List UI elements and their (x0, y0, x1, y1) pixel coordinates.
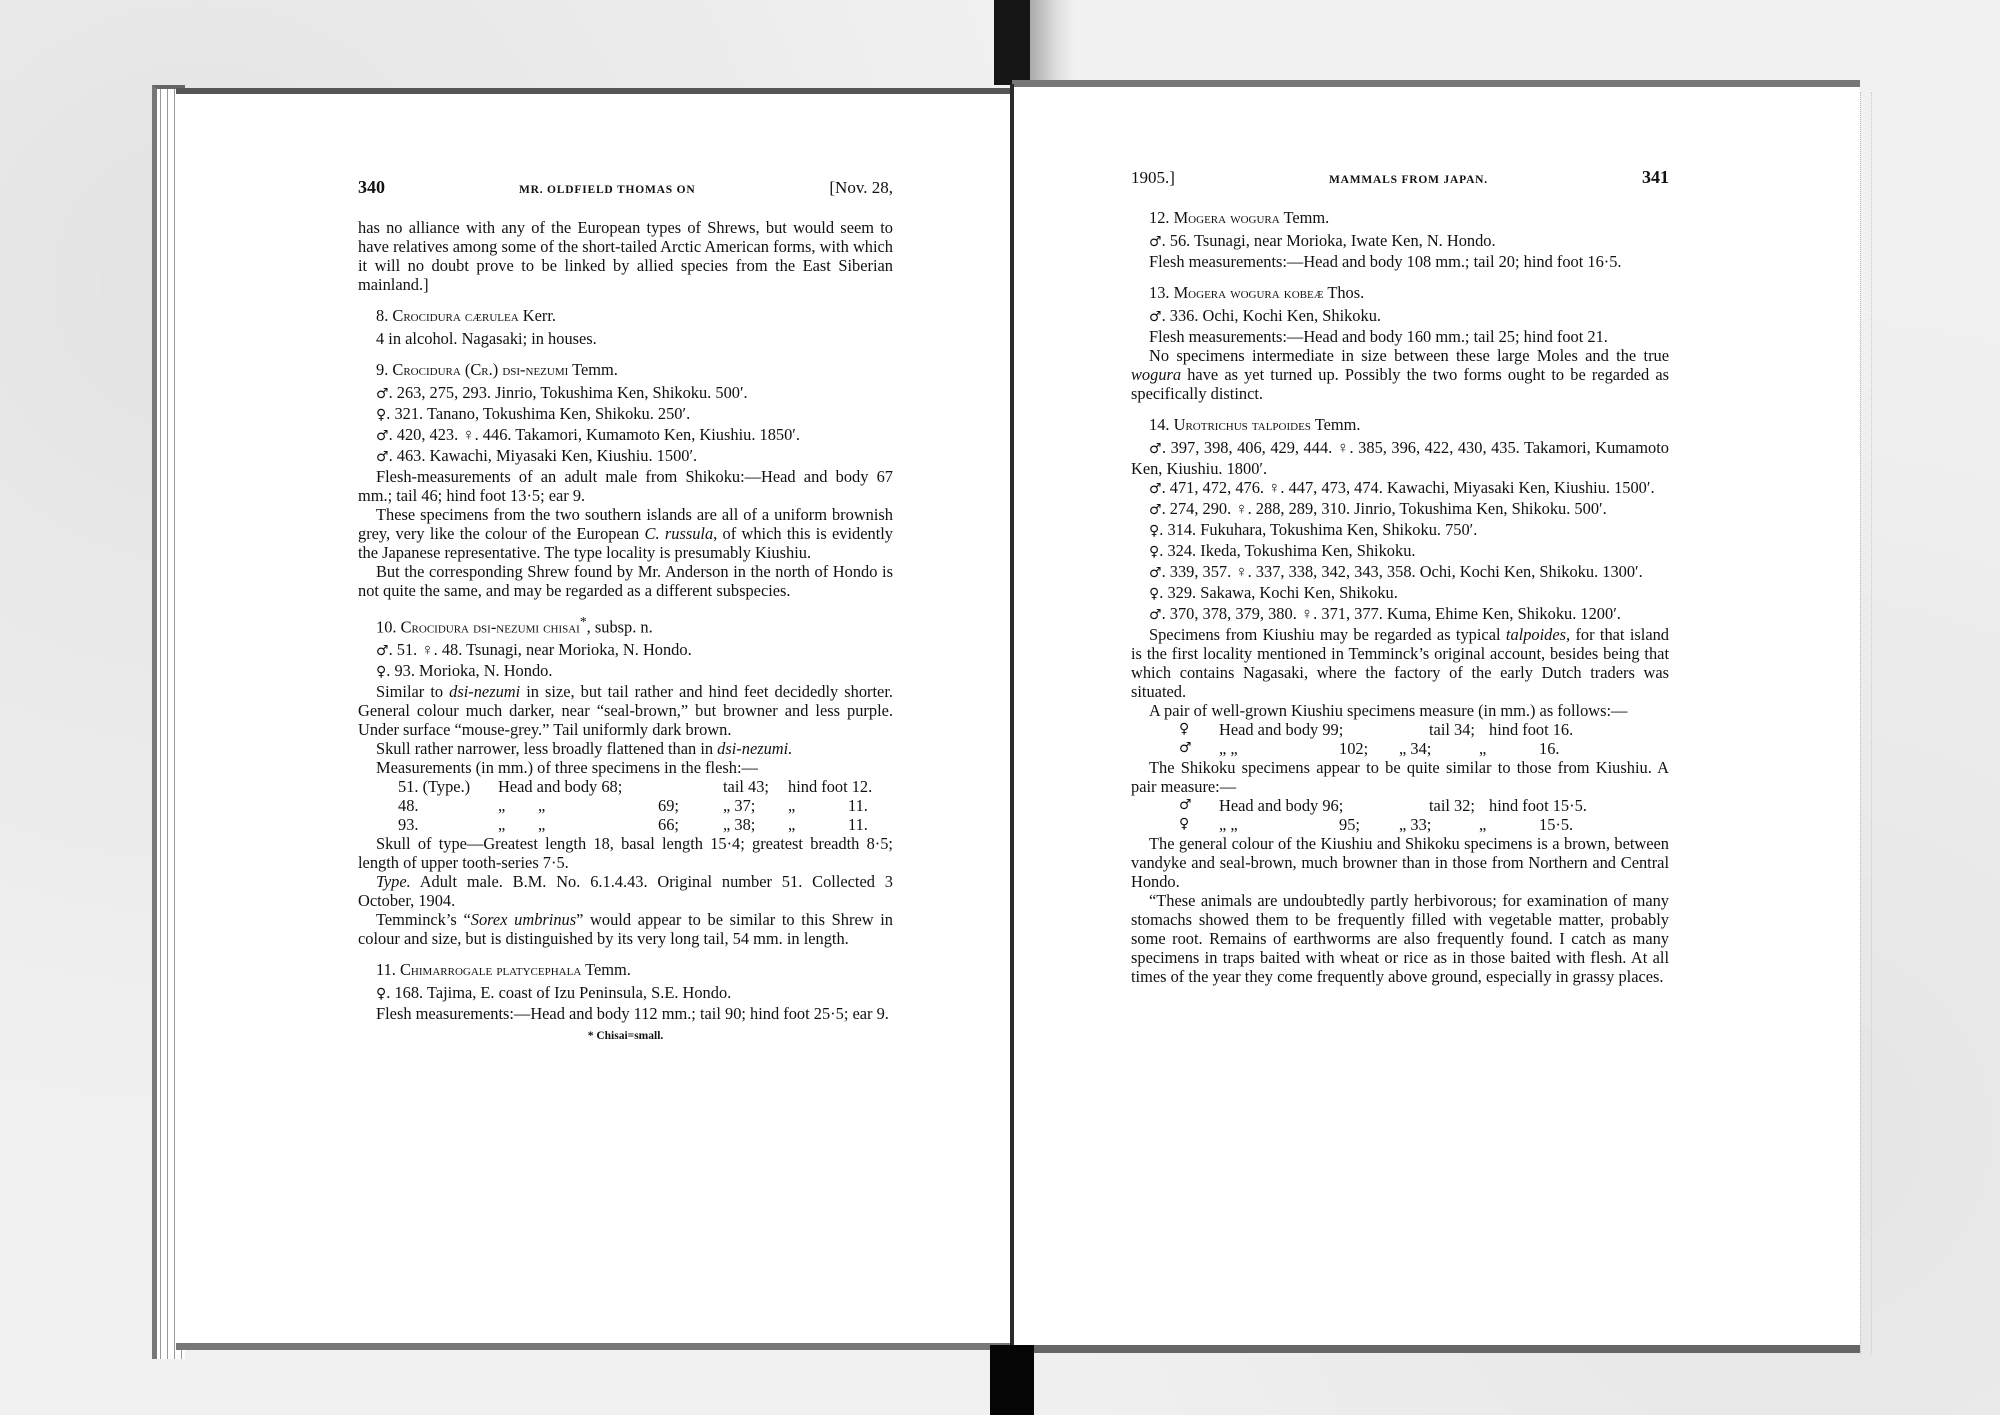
measurement-row: ♀ „ „ 95; „ 33; „ 15·5. (1131, 815, 1669, 834)
footnote: * Chisai=small. (358, 1027, 893, 1046)
flesh-measurements: Flesh measurements:—Head and body 160 mm… (1131, 327, 1669, 346)
description-paragraph: But the corresponding Shrew found by Mr.… (358, 562, 893, 600)
species-heading-14: 14. Urotrichus talpoides Temm. (1131, 415, 1669, 434)
species-heading-10: 10. Crocidura dsi-nezumi chisai*, subsp.… (358, 612, 893, 636)
sex-symbol-icon: ♂ (1149, 565, 1162, 581)
running-title: MAMMALS FROM JAPAN. (1329, 171, 1488, 190)
measurement-row: 93. „ „ 66; „ 38; „ 11. (358, 815, 893, 834)
shikoku-intro: The Shikoku specimens appear to be quite… (1131, 758, 1669, 796)
species-heading-11: 11. Chimarrogale platycephala Temm. (358, 960, 893, 979)
specimen-line: ♂. 420, 423. ♀. 446. Takamori, Kumamoto … (358, 425, 893, 446)
specimen-line: ♂. 471, 472, 476. ♀. 447, 473, 474. Kawa… (1131, 478, 1669, 499)
sex-symbol-icon: ♂ (1149, 502, 1162, 518)
species-heading-9: 9. Crocidura (Cr.) dsi-nezumi Temm. (358, 360, 893, 379)
sex-symbol-icon: ♂ (1149, 234, 1162, 250)
date-bracket: 1905.] (1131, 168, 1175, 187)
skull-of-type: Skull of type—Greatest length 18, basal … (358, 834, 893, 872)
specimen-line: ♂. 274, 290. ♀. 288, 289, 310. Jinrio, T… (1131, 499, 1669, 520)
specimen-line: ♂. 51. ♀. 48. Tsunagi, near Morioka, N. … (358, 640, 893, 661)
book-spine-shadow (1030, 0, 1074, 80)
description-paragraph: Similar to dsi-nezumi in size, but tail … (358, 682, 893, 739)
type-paragraph: Type. Adult male. B.M. No. 6.1.4.43. Ori… (358, 872, 893, 910)
specimen-line: ♂. 263, 275, 293. Jinrio, Tokushima Ken,… (358, 383, 893, 404)
running-head-right: 1905.] MAMMALS FROM JAPAN. 341 (1131, 168, 1669, 190)
book-spine-bottom (990, 1345, 1034, 1415)
sex-symbol-icon: ♂ (1179, 796, 1219, 815)
pair-intro: A pair of well-grown Kiushiu specimens m… (1131, 701, 1669, 720)
temminck-paragraph: Temminck’s “Sorex umbrinus” would appear… (358, 910, 893, 948)
description-paragraph: These specimens from the two southern is… (358, 505, 893, 562)
right-page-text: 1905.] MAMMALS FROM JAPAN. 341 12. Moger… (1131, 168, 1669, 986)
sex-symbol-icon: ♀ (376, 986, 386, 1002)
sex-symbol-icon: ♀ (1149, 523, 1159, 539)
measurement-row: 48. „ „ 69; „ 37; „ 11. (358, 796, 893, 815)
sex-symbol-icon: ♀ (376, 407, 386, 423)
colour-paragraph: The general colour of the Kiushiu and Sh… (1131, 834, 1669, 891)
book-spine-top (994, 0, 1030, 85)
book-gutter (1010, 84, 1014, 1354)
sex-symbol-icon: ♂ (1149, 309, 1162, 325)
sex-symbol-icon: ♀ (1149, 544, 1159, 560)
species-heading-12: 12. Mogera wogura Temm. (1131, 208, 1669, 227)
species-heading-13: 13. Mogera wogura kobeæ Thos. (1131, 283, 1669, 302)
measurements-intro: Measurements (in mm.) of three specimens… (358, 758, 893, 777)
running-head-left: 340 MR. OLDFIELD THOMAS ON [Nov. 28, (358, 178, 893, 200)
specimen-line: ♀. 93. Morioka, N. Hondo. (358, 661, 893, 682)
flesh-measurements: Flesh-measurements of an adult male from… (358, 467, 893, 505)
footnote-mark: * (580, 614, 587, 629)
flesh-measurements: Flesh measurements:—Head and body 112 mm… (358, 1004, 893, 1023)
specimen-line: ♂. 370, 378, 379, 380. ♀. 371, 377. Kuma… (1131, 604, 1669, 625)
specimen-line: ♀. 329. Sakawa, Kochi Ken, Shikoku. (1131, 583, 1669, 604)
specimen-line: ♂. 56. Tsunagi, near Morioka, Iwate Ken,… (1131, 231, 1669, 252)
sex-symbol-icon: ♂ (376, 428, 389, 444)
measurement-row: ♀ Head and body 99; tail 34; hind foot 1… (1131, 720, 1669, 739)
sex-symbol-icon: ♀ (1179, 815, 1219, 834)
note-paragraph: No specimens intermediate in size betwee… (1131, 346, 1669, 403)
specimen-line: ♂. 339, 357. ♀. 337, 338, 342, 343, 358.… (1131, 562, 1669, 583)
page-number: 341 (1642, 168, 1669, 187)
quote-paragraph: “These animals are undoubtedly partly he… (1131, 891, 1669, 986)
species-heading-8: 8. Crocidura cærulea Kerr. (358, 306, 893, 325)
intro-paragraph: has no alliance with any of the European… (358, 218, 893, 294)
sex-symbol-icon: ♀ (1149, 586, 1159, 602)
date-bracket: [Nov. 28, (829, 178, 893, 197)
sex-symbol-icon: ♂ (1179, 739, 1219, 758)
sex-symbol-icon: ♂ (1149, 607, 1162, 623)
left-page-text: 340 MR. OLDFIELD THOMAS ON [Nov. 28, has… (358, 178, 893, 1046)
specimen-line: ♂. 397, 398, 406, 429, 444. ♀. 385, 396,… (1131, 438, 1669, 478)
right-page-edge (1860, 92, 1872, 1354)
specimen-line: ♀. 321. Tanano, Tokushima Ken, Shikoku. … (358, 404, 893, 425)
specimen-line: ♀. 168. Tajima, E. coast of Izu Peninsul… (358, 983, 893, 1004)
sex-symbol-icon: ♂ (1149, 441, 1162, 457)
sex-symbol-icon: ♂ (1149, 481, 1162, 497)
specimen-line: 4 in alcohol. Nagasaki; in houses. (358, 329, 893, 348)
sex-symbol-icon: ♂ (376, 643, 389, 659)
specimen-line: ♂. 336. Ochi, Kochi Ken, Shikoku. (1131, 306, 1669, 327)
sex-symbol-icon: ♂ (376, 386, 389, 402)
specimen-line: ♀. 314. Fukuhara, Tokushima Ken, Shikoku… (1131, 520, 1669, 541)
specimen-line: ♂. 463. Kawachi, Miyasaki Ken, Kiushiu. … (358, 446, 893, 467)
sex-symbol-icon: ♂ (376, 449, 389, 465)
specimen-line: ♀. 324. Ikeda, Tokushima Ken, Shikoku. (1131, 541, 1669, 562)
measurement-row: ♂ „ „ 102; „ 34; „ 16. (1131, 739, 1669, 758)
skull-paragraph: Skull rather narrower, less broadly flat… (358, 739, 893, 758)
page-number: 340 (358, 178, 385, 197)
measurement-row: 51. (Type.) Head and body 68; tail 43; h… (358, 777, 893, 796)
typical-paragraph: Specimens from Kiushiu may be regarded a… (1131, 625, 1669, 701)
flesh-measurements: Flesh measurements:—Head and body 108 mm… (1131, 252, 1669, 271)
sex-symbol-icon: ♀ (376, 664, 386, 680)
measurement-row: ♂ Head and body 96; tail 32; hind foot 1… (1131, 796, 1669, 815)
sex-symbol-icon: ♀ (1179, 720, 1219, 739)
running-title: MR. OLDFIELD THOMAS ON (519, 181, 695, 200)
